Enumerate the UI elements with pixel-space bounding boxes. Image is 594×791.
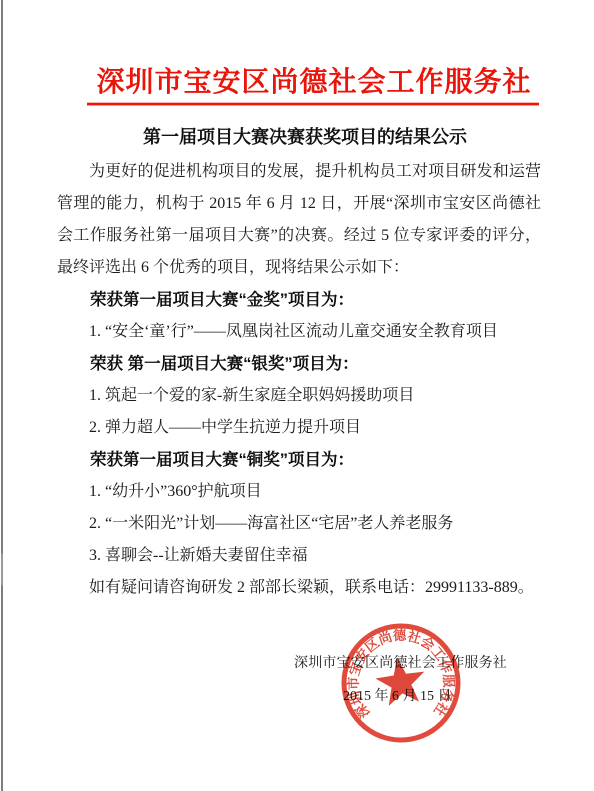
- org-title: 深圳市宝安区尚德社会工作服务社: [34, 60, 594, 100]
- title-rule: [87, 102, 539, 106]
- gold-award-item-1: 1. “安全‘童’行”——凤凰岗社区流动儿童交通安全教育项目: [57, 316, 541, 348]
- document-page: 深圳市宝安区尚德社会工作服务社 第一届项目大赛决赛获奖项目的结果公示 为更好的促…: [0, 0, 594, 791]
- contact-line: 如有疑问请咨询研发 2 部部长梁颖，联系电话：29991133-889。: [57, 572, 541, 604]
- document-body: 为更好的促进机构项目的发展，提升机构员工对项目研发和运营管理的能力，机构于 20…: [57, 156, 541, 604]
- silver-award-item-1: 1. 筑起一个爱的家-新生家庭全职妈妈援助项目: [57, 380, 541, 412]
- intro-paragraph: 为更好的促进机构项目的发展，提升机构员工对项目研发和运营管理的能力，机构于 20…: [57, 156, 541, 284]
- scan-edge-artifact: [1, 0, 3, 791]
- doc-title: 第一届项目大赛决赛获奖项目的结果公示: [16, 123, 594, 149]
- bronze-award-heading: 荣获第一届项目大赛“铜奖”项目为：: [57, 444, 541, 476]
- bronze-award-item-1: 1. “幼升小”360°护航项目: [57, 476, 541, 508]
- official-stamp: 深圳市宝安区尚德社会工作服务社: [331, 613, 471, 753]
- bronze-award-item-3: 3. 喜聊会--让新婚夫妻留住幸福: [57, 540, 541, 572]
- stamp-star: [373, 654, 428, 707]
- bronze-award-item-2: 2. “一米阳光”计划——海富社区“宅居”老人养老服务: [57, 508, 541, 540]
- silver-award-heading: 荣获 第一届项目大赛“银奖”项目为：: [57, 348, 541, 380]
- silver-award-item-2: 2. 弹力超人——中学生抗逆力提升项目: [57, 412, 541, 444]
- gold-award-heading: 荣获第一届项目大赛“金奖”项目为：: [57, 284, 541, 316]
